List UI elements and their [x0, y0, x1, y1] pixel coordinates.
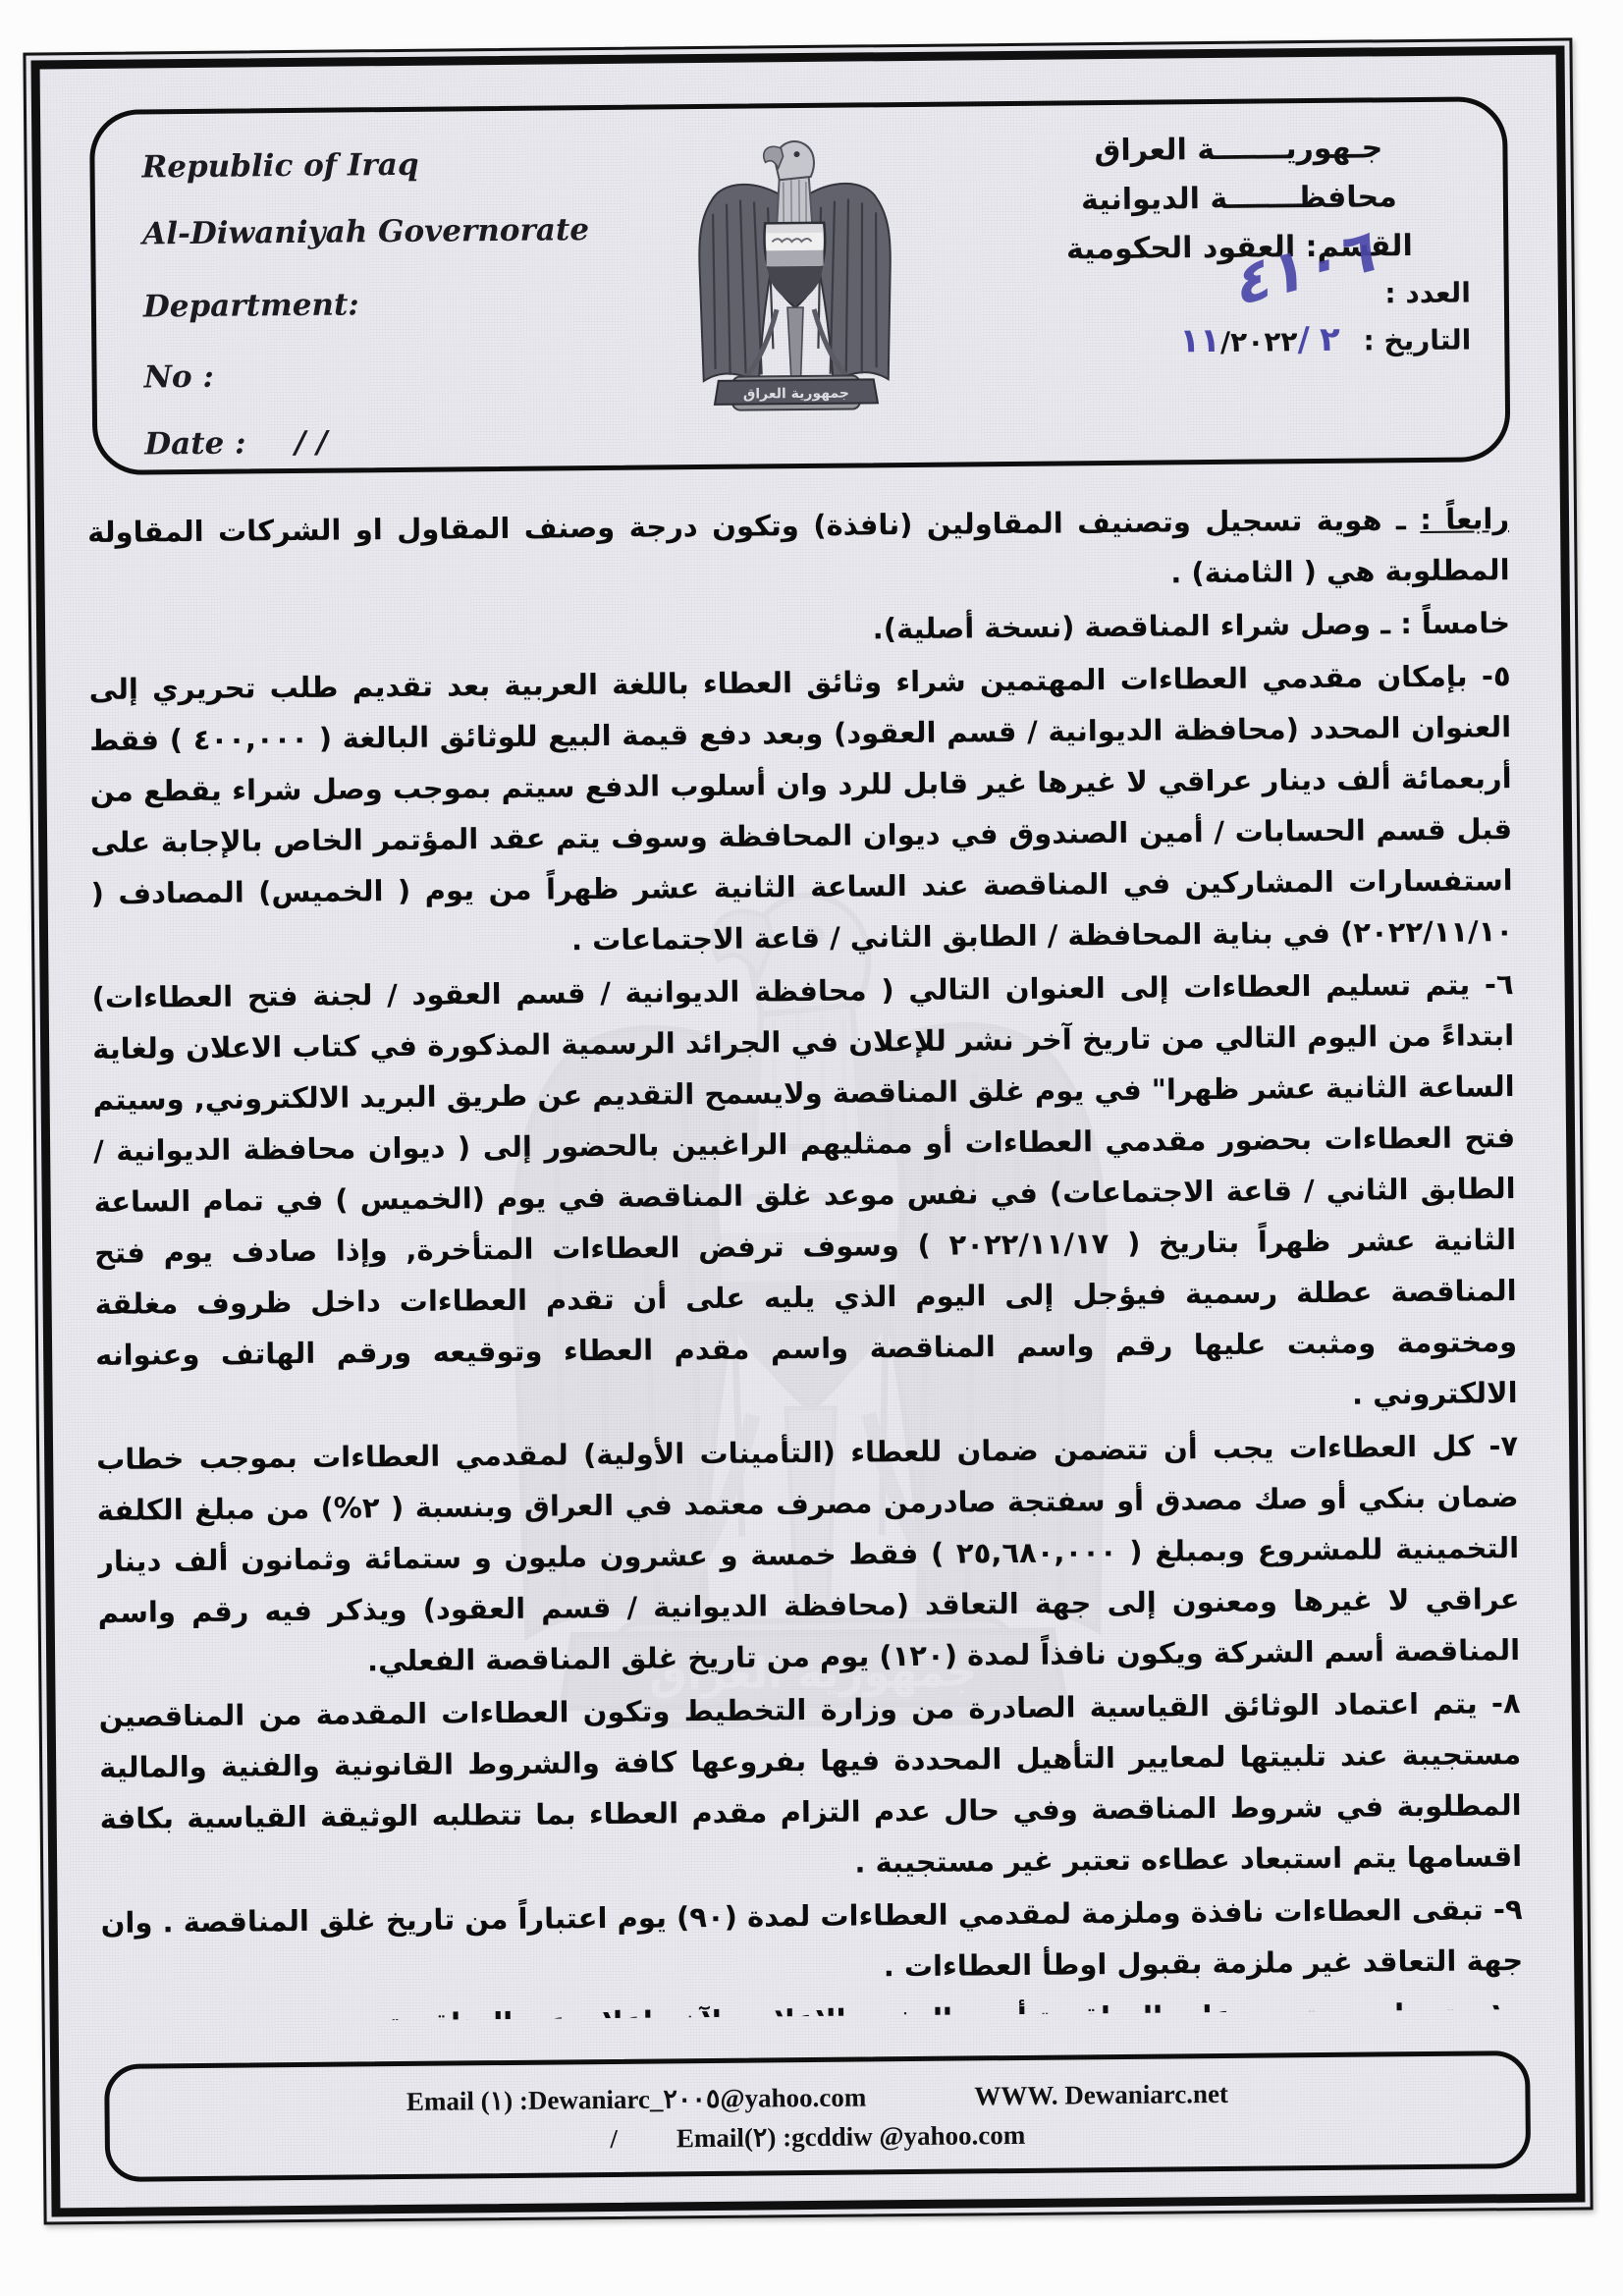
letterhead: Republic of Iraq Al-Diwaniyah Governorat…: [89, 96, 1511, 475]
country-name-ar: جـهوريـــــــة العراق: [1007, 123, 1469, 177]
number-label-en: No :: [143, 359, 214, 396]
document-body: رابعاً : ـ هوية تسجيل وتصنيف المقاولين (…: [87, 493, 1524, 2023]
footer-email-1: Email (١) :Dewaniarc_٢٠٠٥@yahoo.com: [406, 2082, 867, 2115]
handwritten-slash1: /: [1297, 320, 1310, 359]
date-line-en: Date : / /: [144, 425, 328, 463]
governorate-name-ar: محافظـــــــة الديوانية: [1008, 172, 1470, 226]
department-label-en: Department:: [143, 287, 359, 324]
footer-email-2: Email(٢) :gcddiw @yahoo.com: [676, 2120, 1026, 2153]
clause-fifth-lead: خامساً :: [1400, 606, 1510, 640]
clause-6: ٦- يتم تسليم العطاءات إلى العنوان التالي…: [91, 958, 1517, 1432]
clause-7: ٧- كل العطاءات يجب أن تتضمن ضمان للعطاء …: [96, 1420, 1520, 1689]
page-border-frame: Republic of Iraq Al-Diwaniyah Governorat…: [30, 46, 1585, 2217]
date-label-ar: التاريخ :: [1363, 323, 1471, 356]
date-slash2: /: [1220, 326, 1231, 358]
iraq-coat-of-arms-icon: جمهورية العراق: [673, 113, 917, 457]
handwritten-month: ١١: [1179, 321, 1220, 360]
governorate-name-en: Al-Diwaniyah Governorate: [142, 212, 589, 251]
letterhead-arabic: جـهوريـــــــة العراق محافظـــــــة الدي…: [1007, 123, 1471, 367]
footer-contact-box: Email (١) :Dewaniarc_٢٠٠٥@yahoo.comWWW. …: [104, 2050, 1531, 2182]
letterhead-english: Republic of Iraq Al-Diwaniyah Governorat…: [141, 136, 564, 139]
clause-fifth-text: ـ وصل شراء المناقصة (نسخة أصلية).: [873, 607, 1401, 645]
clause-5: ٥- بإمكان مقدمي العطاءات المهتمين شراء و…: [88, 650, 1513, 970]
number-label-ar: العدد :: [1384, 276, 1471, 309]
date-line-ar: التاريخ : ٢/١١/٢٠٢٢: [1009, 315, 1471, 367]
date-value-en: / /: [295, 425, 328, 461]
scanned-document: Republic of Iraq Al-Diwaniyah Governorat…: [0, 0, 1623, 2296]
emblem-banner-text: جمهورية العراق: [743, 386, 849, 403]
footer-website: WWW. Dewaniarc.net: [974, 2079, 1228, 2110]
clause-fourth-text: ـ هوية تسجيل وتصنيف المقاولين (نافذة) وت…: [87, 503, 1510, 589]
clause-8: ٨- يتم اعتماد الوثائق القياسية الصادرة م…: [98, 1677, 1522, 1895]
clause-fourth: رابعاً : ـ هوية تسجيل وتصنيف المقاولين (…: [87, 493, 1510, 609]
date-label-en: Date :: [144, 425, 246, 462]
printed-year: ٢٠٢٢: [1230, 325, 1298, 358]
country-name-en: Republic of Iraq: [141, 147, 418, 186]
footer-email-2-slash: /: [610, 2124, 618, 2154]
clause-fourth-lead: رابعاً :: [1420, 502, 1509, 536]
emblem-area: جمهورية العراق: [673, 113, 917, 461]
clause-9: ٩- تبقى العطاءات نافذة وملزمة لمقدمي الع…: [100, 1884, 1523, 1999]
handwritten-day: ٢: [1320, 320, 1340, 359]
document-page: Republic of Iraq Al-Diwaniyah Governorat…: [23, 37, 1593, 2224]
